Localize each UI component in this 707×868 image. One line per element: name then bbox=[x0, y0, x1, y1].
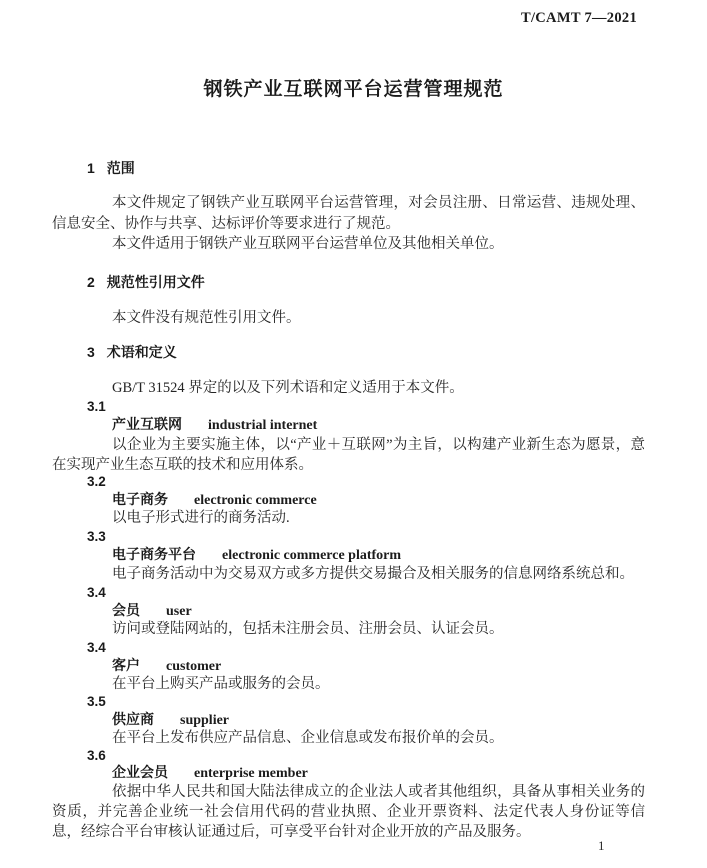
term-english: industrial internet bbox=[208, 418, 317, 433]
paragraph: 本文件没有规范性引用文件。 bbox=[52, 308, 645, 329]
doc-code: T/CAMT 7—2021 bbox=[521, 10, 637, 27]
term-line: 客户customer bbox=[112, 657, 221, 675]
term-number: 3.1 bbox=[87, 399, 106, 415]
term-english: user bbox=[166, 604, 192, 619]
section-heading-label: 范围 bbox=[107, 160, 135, 176]
term-number: 3.4 bbox=[87, 640, 106, 656]
term-name: 电子商务 bbox=[112, 491, 168, 507]
term-number: 3.6 bbox=[87, 748, 106, 764]
term-line: 会员user bbox=[112, 602, 192, 620]
term-english: electronic commerce platform bbox=[222, 548, 401, 563]
term-number: 3.5 bbox=[87, 694, 106, 710]
section-heading-label: 规范性引用文件 bbox=[107, 274, 205, 290]
paragraph: GB/T 31524 界定的以及下列术语和定义适用于本文件。 bbox=[52, 378, 645, 399]
term-definition: 访问或登陆网站的，包括未注册会员、注册会员、认证会员。 bbox=[52, 619, 645, 639]
section-heading-normative-references: 2规范性引用文件 bbox=[87, 274, 205, 290]
term-english: supplier bbox=[180, 713, 229, 728]
section-heading-scope: 1范围 bbox=[87, 160, 135, 176]
section-heading-label: 术语和定义 bbox=[107, 344, 177, 360]
term-name: 会员 bbox=[112, 602, 140, 618]
term-definition: 电子商务活动中为交易双方或多方提供交易撮合及相关服务的信息网络系统总和。 bbox=[52, 564, 645, 584]
term-name: 供应商 bbox=[112, 711, 154, 727]
term-definition: 以企业为主要实施主体，以“产业＋互联网”为主旨，以构建产业新生态为愿景，意在实现… bbox=[52, 435, 645, 475]
term-name: 产业互联网 bbox=[112, 416, 182, 432]
section-number: 3 bbox=[87, 344, 95, 360]
section-number: 2 bbox=[87, 274, 95, 290]
term-name: 客户 bbox=[112, 657, 140, 673]
section-heading-terms-definitions: 3术语和定义 bbox=[87, 344, 177, 360]
term-name: 企业会员 bbox=[112, 764, 168, 780]
page-title: 钢铁产业互联网平台运营管理规范 bbox=[0, 74, 707, 101]
term-english: enterprise member bbox=[194, 766, 308, 781]
document-page: T/CAMT 7—2021 钢铁产业互联网平台运营管理规范 1范围 本文件规定了… bbox=[0, 0, 707, 868]
term-english: customer bbox=[166, 659, 221, 674]
term-definition: 在平台上发布供应产品信息、企业信息或发布报价单的会员。 bbox=[52, 728, 645, 748]
term-line: 电子商务平台electronic commerce platform bbox=[112, 546, 401, 564]
term-definition: 依据中华人民共和国大陆法律成立的企业法人或者其他组织，具备从事相关业务的资质，并… bbox=[52, 782, 645, 842]
term-line: 电子商务electronic commerce bbox=[112, 491, 317, 509]
paragraph: 本文件适用于钢铁产业互联网平台运营单位及其他相关单位。 bbox=[52, 234, 645, 255]
section-number: 1 bbox=[87, 160, 95, 176]
term-line: 企业会员enterprise member bbox=[112, 764, 308, 782]
term-definition: 以电子形式进行的商务活动. bbox=[52, 508, 645, 528]
term-name: 电子商务平台 bbox=[112, 546, 196, 562]
term-english: electronic commerce bbox=[194, 493, 317, 508]
term-line: 产业互联网industrial internet bbox=[112, 416, 317, 434]
term-line: 供应商supplier bbox=[112, 711, 229, 729]
term-number: 3.2 bbox=[87, 474, 106, 490]
paragraph: 本文件规定了钢铁产业互联网平台运营管理，对会员注册、日常运营、违规处理、信息安全… bbox=[52, 193, 645, 235]
term-number: 3.4 bbox=[87, 585, 106, 601]
term-number: 3.3 bbox=[87, 529, 106, 545]
page-number: 1 bbox=[598, 838, 605, 854]
term-definition: 在平台上购买产品或服务的会员。 bbox=[52, 674, 645, 694]
